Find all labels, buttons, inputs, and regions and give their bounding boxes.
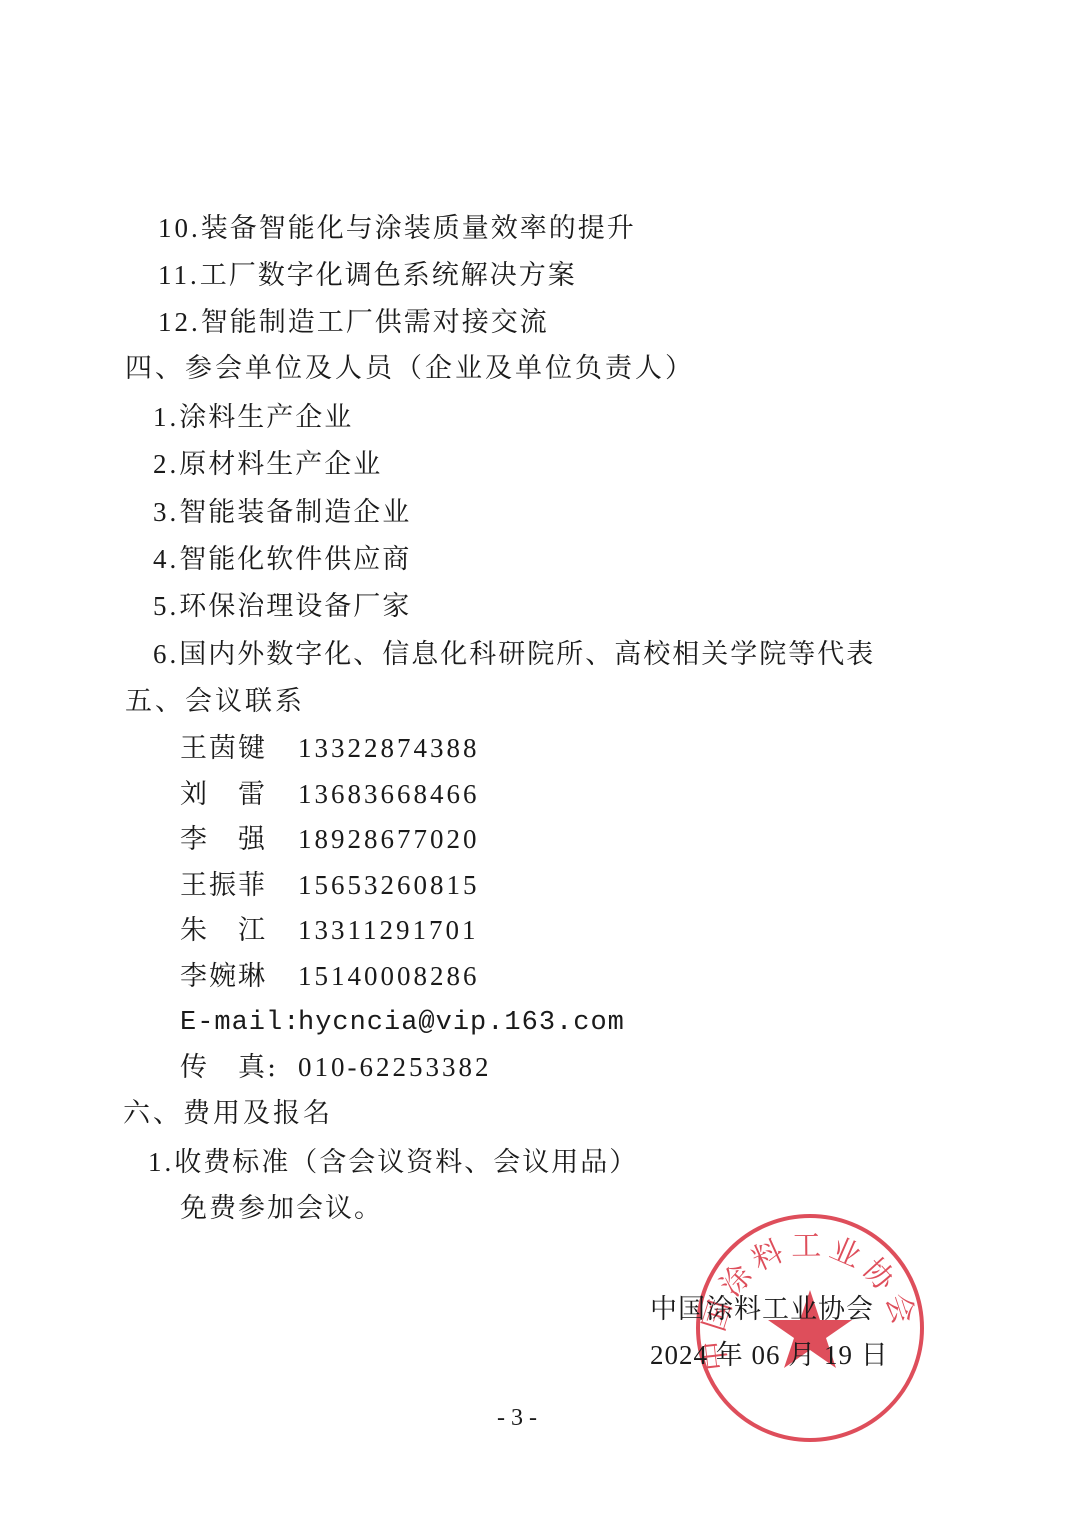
- fax-number: 010-62253382: [298, 1052, 492, 1082]
- contact-name: 朱 江: [180, 915, 298, 947]
- topic-item-11: 11.工厂数字化调色系统解决方案: [158, 259, 577, 292]
- topic-item-12: 12.智能制造工厂供需对接交流: [158, 306, 549, 339]
- signature-date: 2024 年 06 月 19 日: [650, 1333, 889, 1372]
- contact-phone: 18928677020: [298, 824, 480, 854]
- official-seal-stamp: 中国涂料工业协会: [694, 1212, 926, 1444]
- contact-row: 李 强18928677020: [180, 823, 480, 856]
- contact-phone: 13322874388: [298, 733, 480, 763]
- contact-phone: 13311291701: [298, 915, 479, 945]
- attendee-item-1: 1.涂料生产企业: [153, 401, 353, 434]
- contact-name: 李婉琳: [180, 961, 298, 993]
- contact-row: 李婉琳15140008286: [180, 960, 480, 993]
- email-label: E-mail:: [180, 1007, 298, 1039]
- page-number: - 3 -: [497, 1405, 537, 1432]
- attendee-item-2: 2.原材料生产企业: [153, 448, 382, 481]
- attendee-item-4: 4.智能化软件供应商: [153, 543, 411, 576]
- attendee-item-6: 6.国内外数字化、信息化科研院所、高校相关学院等代表: [153, 638, 875, 671]
- email-address[interactable]: hycncia@vip.163.com: [298, 1008, 625, 1038]
- contact-phone: 15653260815: [298, 870, 480, 900]
- contact-row: 王茵键13322874388: [180, 732, 480, 765]
- signature-org: 中国涂料工业协会: [650, 1287, 874, 1326]
- section-6-heading: 六、费用及报名: [123, 1098, 333, 1130]
- fax-row: 传 真:010-62253382: [180, 1051, 492, 1084]
- section-5-heading: 五、会议联系: [125, 686, 305, 718]
- fee-item-1: 1.收费标准（含会议资料、会议用品）: [148, 1146, 638, 1179]
- contact-name: 王振菲: [180, 870, 298, 902]
- contact-phone: 13683668466: [298, 779, 480, 809]
- attendee-item-5: 5.环保治理设备厂家: [153, 590, 411, 623]
- contact-row: 刘 雷13683668466: [180, 778, 480, 811]
- fax-label: 传 真:: [180, 1052, 298, 1084]
- email-row: E-mail:hycncia@vip.163.com: [180, 1005, 625, 1039]
- contact-name: 刘 雷: [180, 779, 298, 811]
- contact-phone: 15140008286: [298, 961, 480, 991]
- attendee-item-3: 3.智能装备制造企业: [153, 496, 411, 529]
- fee-detail: 免费参加会议。: [180, 1193, 383, 1225]
- topic-item-10: 10.装备智能化与涂装质量效率的提升: [158, 212, 636, 245]
- section-4-heading: 四、参会单位及人员（企业及单位负责人）: [125, 353, 695, 385]
- contact-name: 王茵键: [180, 733, 298, 765]
- contact-name: 李 强: [180, 824, 298, 856]
- contact-row: 朱 江13311291701: [180, 914, 479, 947]
- contact-row: 王振菲15653260815: [180, 869, 480, 902]
